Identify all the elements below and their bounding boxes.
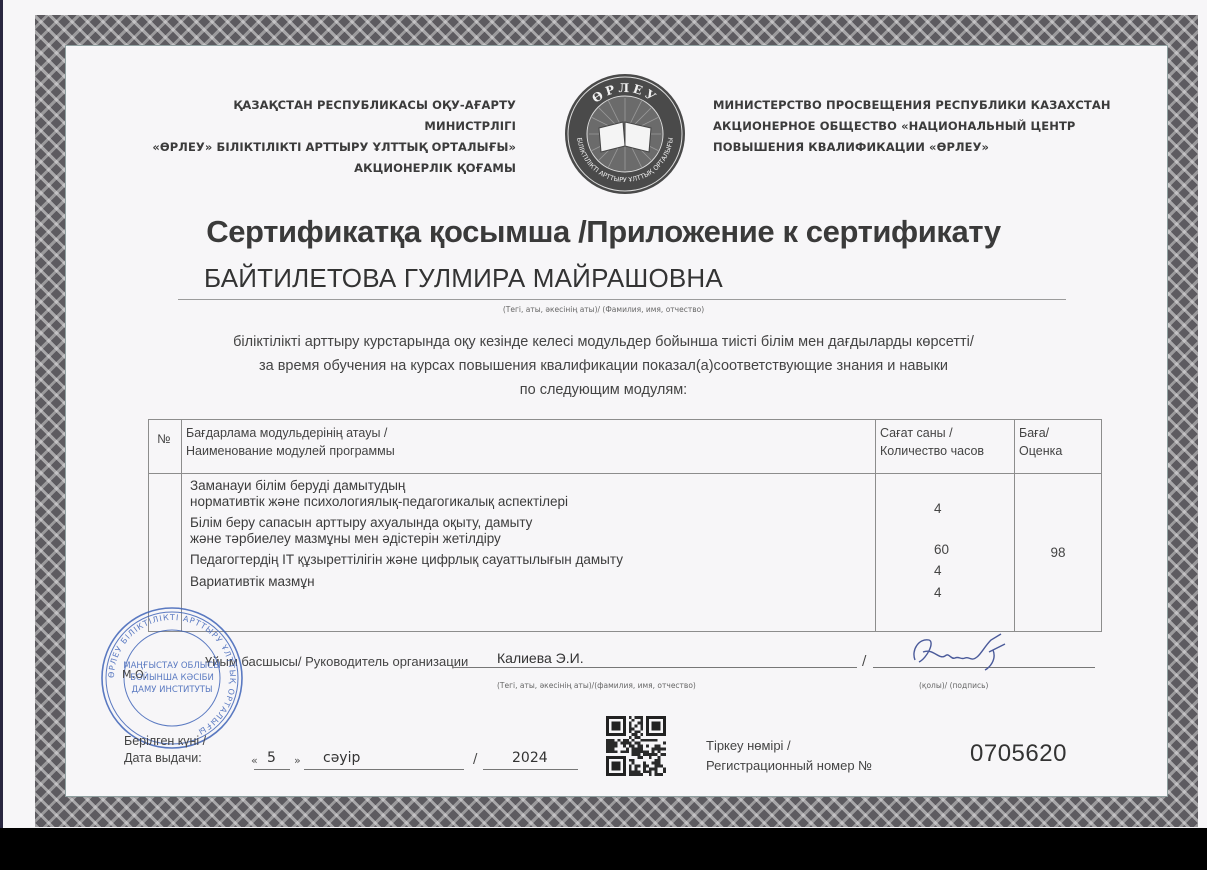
hours-cell: 4 60 4 4 [876,474,1015,632]
recipient-name: БАЙТИЛЕТОВА ГУЛМИРА МАЙРАШОВНА [204,263,723,294]
module-hours: 4 [934,585,942,600]
official-stamp-icon: ӨРЛЕУ БІЛІКТІЛІКТІ АРТТЫРУ ҰЛТТЫҚ ОРТАЛЫ… [98,604,246,752]
module-hours: 60 [934,542,949,557]
signature-caption: (қолы)/ (подпись) [919,681,988,690]
registration-label-ru: Регистрационный номер № [706,756,872,776]
issue-date-label-kz: Берілген күні / [124,733,206,750]
col-header-module: Бағдарлама модульдерінің атауы / Наимено… [182,420,876,474]
intro-line: за время обучения на курсах повышения кв… [0,354,1207,378]
recipient-name-caption: (Тегі, аты, әкесінің аты)/ (Фамилия, имя… [0,305,1207,314]
svg-text:ДАМУ ИНСТИТУТЫ: ДАМУ ИНСТИТУТЫ [132,685,213,695]
module-item: Педагогтердің IT құзыреттілігін және циф… [190,552,869,568]
issue-day: 5 [267,750,276,766]
col-header-hours-kz: Сағат саны / [880,424,1008,442]
name-underline [178,299,1066,300]
month-underline [304,769,464,770]
registration-number: 0705620 [970,740,1067,768]
intro-line: біліктілікті арттыру курстарында оқу кез… [0,330,1207,354]
year-underline [483,769,578,770]
day-underline [254,769,290,770]
head-name-caption: (Тегі, аты, әкесінің аты)/(фамилия, имя,… [497,681,696,690]
header-kz-line: АКЦИОНЕРЛІК ҚОҒАМЫ [140,158,516,179]
date-separator: / [473,752,477,767]
qr-code-icon [606,716,666,776]
modules-table: № Бағдарлама модульдерінің атауы / Наиме… [148,419,1102,632]
header-ru-line: МИНИСТЕРСТВО ПРОСВЕЩЕНИЯ РЕСПУБЛИКИ КАЗА… [713,95,1133,116]
document-title: Сертификатқа қосымша /Приложение к серти… [0,214,1207,250]
grade-cell: 98 [1015,474,1102,632]
module-line: Вариативтік мазмұн [190,574,869,590]
module-item: Заманауи білім беруді дамытудың норматив… [190,478,869,509]
module-line: Заманауи білім беруді дамытудың [190,478,869,494]
quote-open: « [251,754,258,767]
col-header-module-kz: Бағдарлама модульдерінің атауы / [186,424,869,442]
header-ru-line: ПОВЫШЕНИЯ КВАЛИФИКАЦИИ «ӨРЛЕУ» [713,137,1133,158]
registration-label-kz: Тіркеу нөмірі / [706,736,872,756]
header-ru-line: АКЦИОНЕРНОЕ ОБЩЕСТВО «НАЦИОНАЛЬНЫЙ ЦЕНТР [713,116,1133,137]
issue-date-label-ru: Дата выдачи: [124,750,206,767]
module-item: Вариативтік мазмұн [190,574,869,590]
head-name-underline [452,667,857,668]
module-line: Білім беру сапасын арттыру ахуалында оқы… [190,515,869,531]
module-line: Педагогтердің IT құзыреттілігін және циф… [190,552,869,568]
col-header-module-ru: Наименование модулей программы [186,442,869,460]
quote-close: » [294,754,301,767]
table-row: Заманауи білім беруді дамытудың норматив… [149,474,1102,632]
header-kz: ҚАЗАҚСТАН РЕСПУБЛИКАСЫ ОҚУ-АҒАРТУ МИНИСТ… [140,95,516,179]
header-kz-line: ҚАЗАҚСТАН РЕСПУБЛИКАСЫ ОҚУ-АҒАРТУ МИНИСТ… [140,95,516,137]
certificate-page: ҚАЗАҚСТАН РЕСПУБЛИКАСЫ ОҚУ-АҒАРТУ МИНИСТ… [0,0,1207,828]
orleu-logo-icon: ӨРЛЕУ БІЛІКТІЛІКТІ АРТТЫРУ ҰЛТТЫҚ ОРТАЛЫ… [563,72,687,196]
module-item: Білім беру сапасын арттыру ахуалында оқы… [190,515,869,546]
issue-date-label: Берілген күні / Дата выдачи: [124,733,206,767]
module-hours: 4 [934,563,942,578]
table-header-row: № Бағдарлама модульдерінің атауы / Наиме… [149,420,1102,474]
module-line: нормативтік және психологиялық-педагогик… [190,494,869,510]
head-name: Калиева Э.И. [497,650,584,666]
handwritten-signature-icon [905,630,1025,672]
intro-text: біліктілікті арттыру курстарында оқу кез… [0,330,1207,402]
modules-cell: Заманауи білім беруді дамытудың норматив… [182,474,876,632]
module-line: және тәрбиелеу мазмұны мен әдістерін жет… [190,531,869,547]
separator-slash: / [862,654,866,669]
col-header-grade-ru: Оценка [1019,442,1095,460]
col-header-hours: Сағат саны / Количество часов [876,420,1015,474]
header-kz-line: «ӨРЛЕУ» БІЛІКТІЛІКТІ АРТТЫРУ ҰЛТТЫҚ ОРТА… [140,137,516,158]
seal-label: М.О. [122,668,147,681]
issue-year: 2024 [512,750,548,766]
header-ru: МИНИСТЕРСТВО ПРОСВЕЩЕНИЯ РЕСПУБЛИКИ КАЗА… [713,95,1133,158]
col-header-grade: Баға/ Оценка [1015,420,1102,474]
module-hours: 4 [934,501,942,516]
col-header-grade-kz: Баға/ [1019,424,1095,442]
col-header-hours-ru: Количество часов [880,442,1008,460]
registration-label: Тіркеу нөмірі / Регистрационный номер № [706,736,872,776]
scan-edge [0,0,3,828]
intro-line: по следующим модулям: [0,378,1207,402]
issue-month: сәуір [323,750,360,766]
col-header-num: № [149,420,182,474]
